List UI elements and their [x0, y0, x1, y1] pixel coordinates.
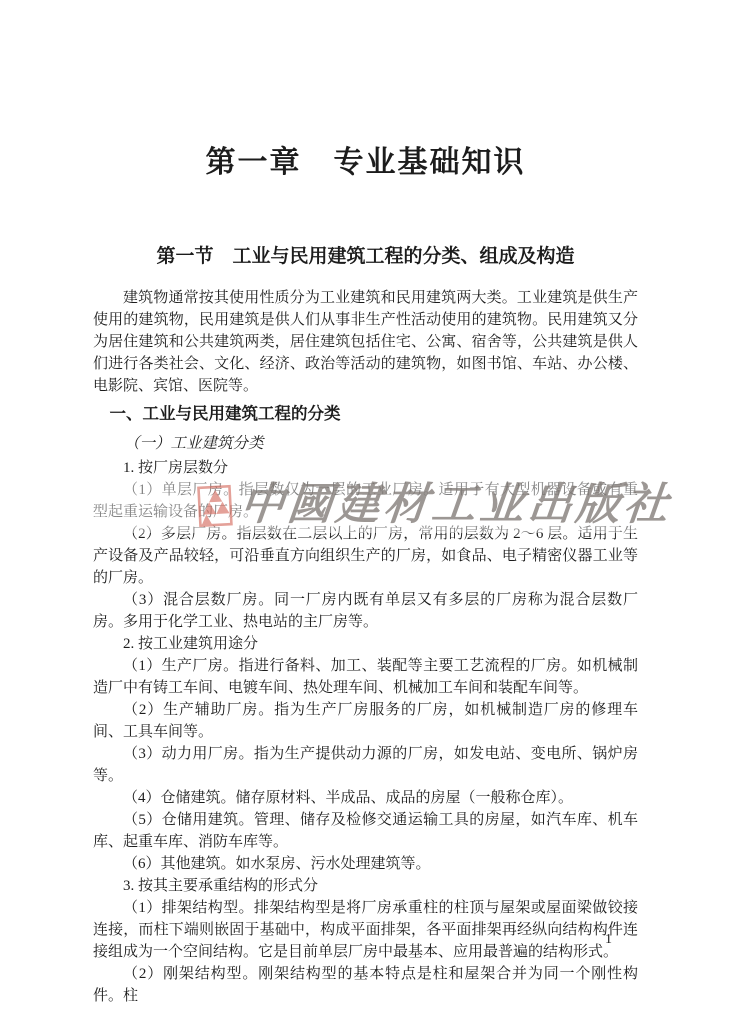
section-title: 第一节 工业与民用建筑工程的分类、组成及构造	[93, 243, 638, 271]
paragraph: （2）多层厂房。指层数在二层以上的厂房，常用的层数为 2～6 层。适用于生产设备…	[93, 523, 638, 589]
paragraph: （2）刚架结构型。刚架结构型的基本特点是柱和屋架合并为同一个刚性构件。柱	[93, 963, 638, 1007]
paragraph: （1）单层厂房。指层数仅为一层的工业厂房。适用于有大型机器设备或有重型起重运输设…	[93, 479, 638, 523]
paragraph: 1. 按厂房层数分	[93, 457, 638, 479]
paragraph: （1）排架结构型。排架结构型是将厂房承重柱的柱顶与屋架或屋面梁做铰接连接，而柱下…	[93, 897, 638, 963]
paragraph: 3. 按其主要承重结构的形式分	[93, 875, 638, 897]
heading: （一）工业建筑分类	[93, 431, 638, 457]
paragraph: 建筑物通常按其使用性质分为工业建筑和民用建筑两大类。工业建筑是供生产使用的建筑物…	[93, 287, 638, 397]
paragraph: （4）仓储建筑。储存原材料、半成品、成品的房屋（一般称仓库）。	[93, 787, 638, 809]
paragraph: （2）生产辅助厂房。指为生产厂房服务的厂房，如机械制造厂房的修理车间、工具车间等…	[93, 699, 638, 743]
paragraph: （3）混合层数厂房。同一厂房内既有单层又有多层的厂房称为混合层数厂房。多用于化学…	[93, 589, 638, 633]
heading: 一、工业与民用建筑工程的分类	[93, 397, 638, 431]
chapter-title: 第一章 专业基础知识	[93, 143, 638, 183]
page-content: 第一章 专业基础知识 第一节 工业与民用建筑工程的分类、组成及构造 建筑物通常按…	[93, 143, 638, 1007]
paragraph: （1）生产厂房。指进行备料、加工、装配等主要工艺流程的厂房。如机械制造厂中有铸工…	[93, 655, 638, 699]
paragraph: （5）仓储用建筑。管理、储存及检修交通运输工具的房屋，如汽车库、机车库、起重车库…	[93, 809, 638, 853]
page-number: 1	[605, 930, 612, 950]
paragraph: （3）动力用厂房。指为生产提供动力源的厂房，如发电站、变电所、锅炉房等。	[93, 743, 638, 787]
book-page: 第一章 专业基础知识 第一节 工业与民用建筑工程的分类、组成及构造 建筑物通常按…	[0, 0, 730, 1017]
body-text: 建筑物通常按其使用性质分为工业建筑和民用建筑两大类。工业建筑是供生产使用的建筑物…	[93, 287, 638, 1007]
paragraph: 2. 按工业建筑用途分	[93, 633, 638, 655]
paragraph: （6）其他建筑。如水泵房、污水处理建筑等。	[93, 853, 638, 875]
